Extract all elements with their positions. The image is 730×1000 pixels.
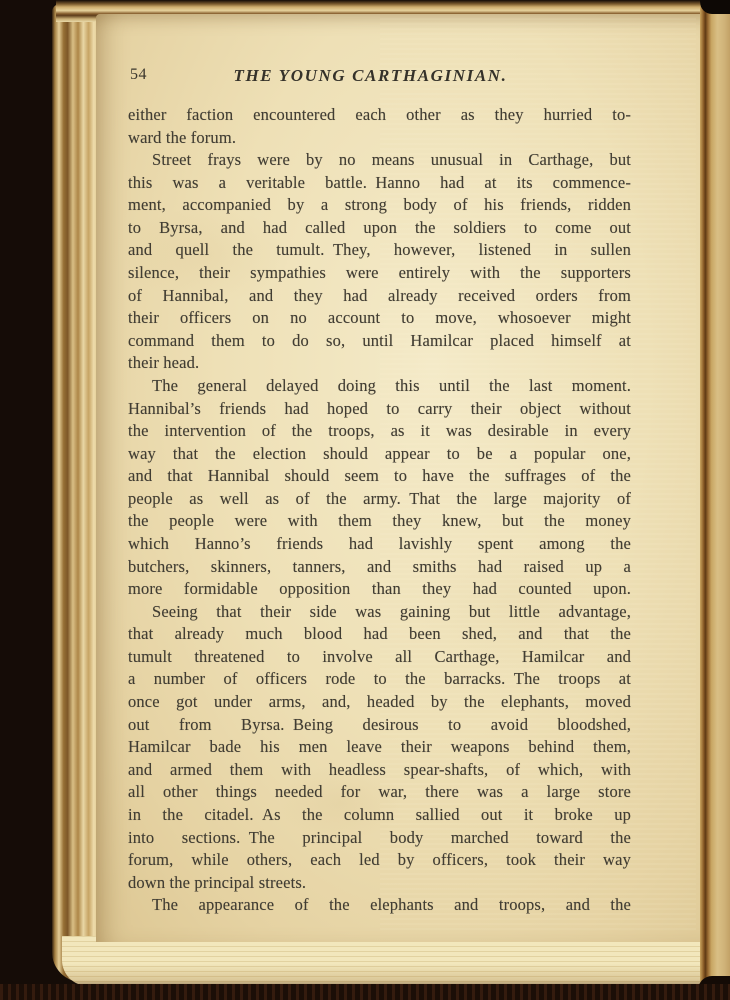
- desk-background: [0, 984, 730, 1000]
- text-line: Hannibal’s friends had hoped to carry th…: [128, 398, 631, 421]
- text-line: Seeing that their side was gaining but l…: [128, 601, 631, 624]
- text-line: of Hannibal, and they had already receiv…: [128, 285, 631, 308]
- text-line: their head.: [128, 352, 631, 375]
- top-right-dark-corner: [700, 0, 730, 14]
- text-line: out from Byrsa. Being desirous to avoid …: [128, 714, 631, 737]
- text-line: The general delayed doing this until the…: [128, 375, 631, 398]
- bottom-page-edges: [62, 936, 708, 986]
- text-line: forum, while others, each led by officer…: [128, 849, 631, 872]
- text-line: and quell the tumult. They, however, lis…: [128, 239, 631, 262]
- text-line: all other things needed for war, there w…: [128, 781, 631, 804]
- page-body: either faction encountered each other as…: [128, 104, 631, 917]
- text-line: more formidable opposition than they had…: [128, 578, 631, 601]
- text-line: in the citadel. As the column sallied ou…: [128, 804, 631, 827]
- text-line: Street frays were by no means unusual in…: [128, 149, 631, 172]
- text-line: tumult threatened to involve all Carthag…: [128, 646, 631, 669]
- text-line: The appearance of the elephants and troo…: [128, 894, 631, 917]
- text-line: way that the election should appear to b…: [128, 443, 631, 466]
- text-line: which Hanno’s friends had lavishly spent…: [128, 533, 631, 556]
- text-line: that already much blood had been shed, a…: [128, 623, 631, 646]
- text-line: once got under arms, and, headed by the …: [128, 691, 631, 714]
- running-title: THE YOUNG CARTHAGINIAN.: [119, 66, 622, 86]
- text-line: into sections. The principal body marche…: [128, 827, 631, 850]
- text-line: ward the forum.: [128, 127, 631, 150]
- text-line: ment, accompanied by a strong body of hi…: [128, 194, 631, 217]
- text-line: a number of officers rode to the barrack…: [128, 668, 631, 691]
- book-page-photo: 54 THE YOUNG CARTHAGINIAN. either factio…: [0, 0, 730, 1000]
- text-line: the people were with them they knew, but…: [128, 510, 631, 533]
- text-line: their officers on no account to move, wh…: [128, 307, 631, 330]
- text-line: silence, their sympathies were entirely …: [128, 262, 631, 285]
- text-line: command them to do so, until Hamilcar pl…: [128, 330, 631, 353]
- text-line: Hamilcar bade his men leave their weapon…: [128, 736, 631, 759]
- text-line: to Byrsa, and had called upon the soldie…: [128, 217, 631, 240]
- text-line: people as well as of the army. That the …: [128, 488, 631, 511]
- text-line: and that Hannibal should seem to have th…: [128, 465, 631, 488]
- text-line: butchers, skinners, tanners, and smiths …: [128, 556, 631, 579]
- right-gutter-shadow: [700, 0, 730, 1000]
- text-line: this was a veritable battle. Hanno had a…: [128, 172, 631, 195]
- page-header: 54 THE YOUNG CARTHAGINIAN.: [128, 66, 631, 88]
- text-line: either faction encountered each other as…: [128, 104, 631, 127]
- text-line: and armed them with headless spear-shaft…: [128, 759, 631, 782]
- text-line: the intervention of the troops, as it wa…: [128, 420, 631, 443]
- text-line: down the principal streets.: [128, 872, 631, 895]
